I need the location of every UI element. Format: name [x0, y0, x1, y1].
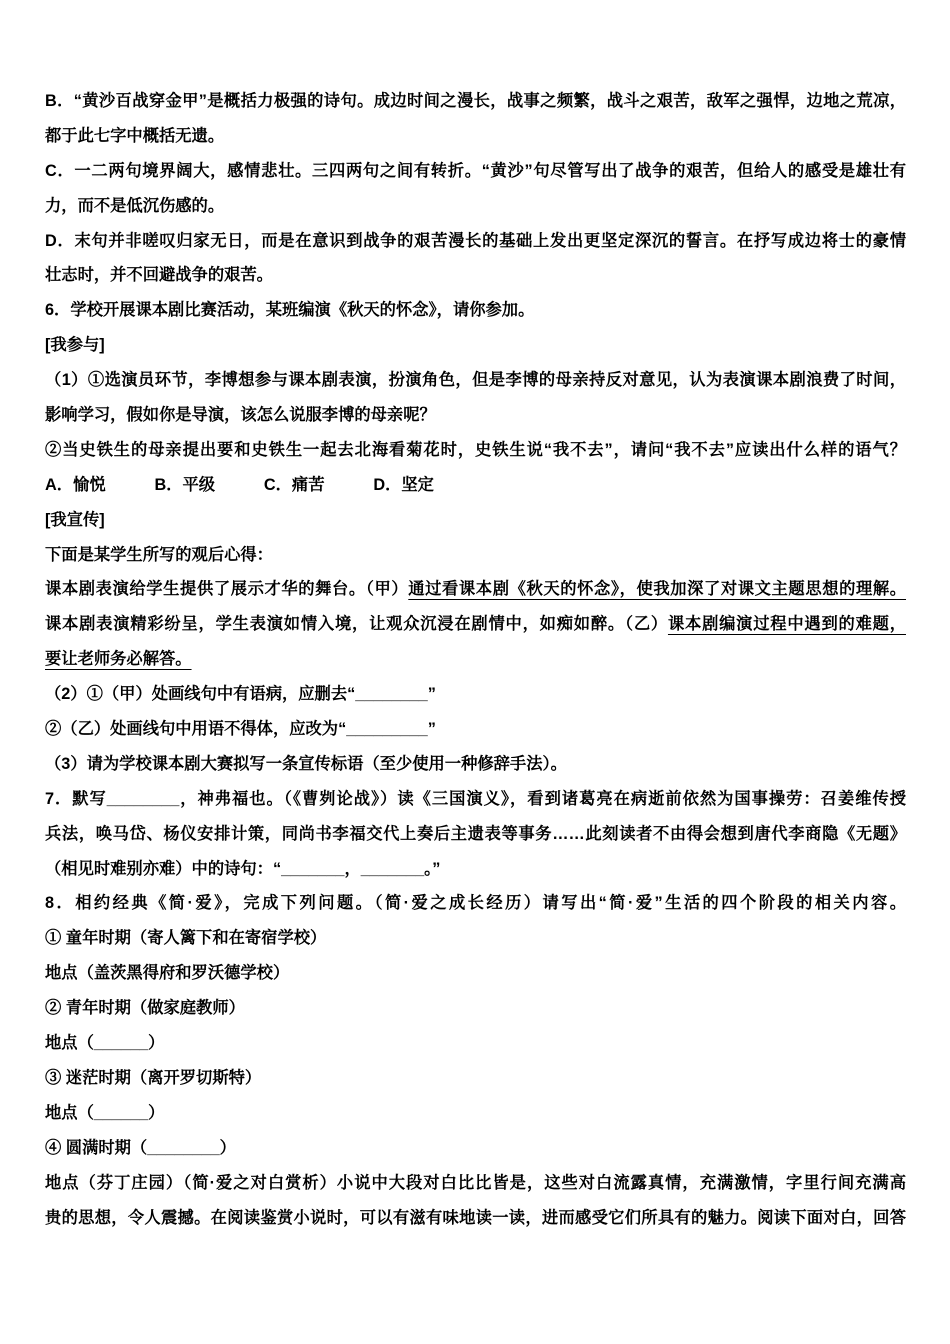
line-q6-1-part1: （1）①选演员环节，李博想参与课本剧表演，扮演角色，但是李博的母亲持反对意见，认… [45, 363, 906, 398]
text-segment: 力，而不是低沉伤感的。 [45, 197, 224, 215]
line-option-c-part2: 力，而不是低沉伤感的。 [45, 189, 906, 224]
underlined-text-segment: 课本剧编演过程中遇到的难题， [668, 615, 906, 633]
text-segment: 都于此七字中概括无遗。 [45, 127, 224, 145]
text-segment: （2）①（甲）处画线句中有语病，应删去“________” [45, 685, 436, 703]
text-segment: ②（乙）处画线句中用语不得体，应改为“_________” [45, 720, 436, 738]
line-option-b-part1: B．“黄沙百战穿金甲”是概括力极强的诗句。成边时间之漫长，战事之频繁，战斗之艰苦… [45, 84, 906, 119]
line-section-label-publicize: [我宣传] [45, 503, 906, 538]
line-review-text-part3: 要让老师务必解答。 [45, 642, 906, 677]
text-segment: 壮志时，并不回避战争的艰苦。 [45, 266, 273, 284]
text-segment: ① 童年时期（寄人篱下和在寄宿学校） [45, 929, 326, 947]
line-q8-stage2: ② 青年时期（做家庭教师） [45, 991, 906, 1026]
text-segment: 7．默写________，神弗福也。（《曹刿论战》）读《三国演义》，看到诸葛亮在… [45, 790, 906, 808]
line-q8-stage3-place: 地点（______） [45, 1096, 906, 1131]
text-segment: 6．学校开展课本剧比赛活动，某班编演《秋天的怀念》，请你参加。 [45, 301, 534, 319]
line-section-label-participate: [我参与] [45, 328, 906, 363]
line-question-6: 6．学校开展课本剧比赛活动，某班编演《秋天的怀念》，请你参加。 [45, 293, 906, 328]
line-q8-intro-cont: 贵的思想，令人震撼。在阅读鉴赏小说时，可以有滋有味地读一读，进而感受它们所具有的… [45, 1201, 906, 1236]
text-segment: 课本剧表演精彩纷呈，学生表演如情入境，让观众沉浸在剧情中，如痴如醉。（乙） [45, 615, 668, 633]
line-q8-stage1: ① 童年时期（寄人篱下和在寄宿学校） [45, 921, 906, 956]
line-question-8: 8．相约经典《简·爱》，完成下列问题。（简·爱之成长经历）请写出“简·爱”生活的… [45, 886, 906, 921]
underlined-text-segment: 通过看课本剧《秋天的怀念》，使我加深了对课文主题思想的理解。 [408, 580, 906, 598]
text-segment: 地点（芬丁庄园）（简·爱之对白赏析）小说中大段对白比比皆是，这些对白流露真情，充… [45, 1174, 906, 1192]
text-segment: 下面是某学生所写的观后心得： [45, 546, 273, 564]
line-q8-stage4-place-and-intro: 地点（芬丁庄园）（简·爱之对白赏析）小说中大段对白比比皆是，这些对白流露真情，充… [45, 1166, 906, 1201]
line-q8-stage4: ④ 圆满时期（________） [45, 1131, 906, 1166]
line-q6-1-sub2-options: A．愉悦 B．平级 C．痛苦 D．坚定 [45, 468, 906, 503]
line-q8-stage3: ③ 迷茫时期（离开罗切斯特） [45, 1061, 906, 1096]
line-review-text-part2: 课本剧表演精彩纷呈，学生表演如情入境，让观众沉浸在剧情中，如痴如醉。（乙）课本剧… [45, 607, 906, 642]
line-q6-1-part2: 影响学习，假如你是导演，该怎么说服李博的母亲呢？ [45, 398, 906, 433]
text-segment: B．“黄沙百战穿金甲”是概括力极强的诗句。成边时间之漫长，战事之频繁，战斗之艰苦… [45, 92, 906, 110]
line-q6-1-sub2: ②当史铁生的母亲提出要和史铁生一起去北海看菊花时，史铁生说“我不去”，请问“我不… [45, 433, 906, 468]
text-segment: A．愉悦 B．平级 C．痛苦 D．坚定 [45, 476, 434, 494]
line-q6-2-sub1: （2）①（甲）处画线句中有语病，应删去“________” [45, 677, 906, 712]
underlined-text-segment: 要让老师务必解答。 [45, 650, 192, 668]
line-option-c-part1: C．一二两句境界阔大，感情悲壮。三四两句之间有转折。“黄沙”句尽管写出了战争的艰… [45, 154, 906, 189]
line-question-7-part3: （相见时难别亦难）中的诗句：“_______，_______。” [45, 852, 906, 887]
line-review-text-part1: 课本剧表演给学生提供了展示才华的舞台。（甲）通过看课本剧《秋天的怀念》，使我加深… [45, 572, 906, 607]
text-segment: ③ 迷茫时期（离开罗切斯特） [45, 1069, 261, 1087]
text-segment: 课本剧表演给学生提供了展示才华的舞台。（甲） [45, 580, 408, 598]
text-segment: ②当史铁生的母亲提出要和史铁生一起去北海看菊花时，史铁生说“我不去”，请问“我不… [45, 441, 906, 459]
text-segment: （3）请为学校课本剧大赛拟写一条宣传标语（至少使用一种修辞手法）。 [45, 755, 567, 773]
text-segment: 地点（______） [45, 1104, 164, 1122]
line-option-d-part2: 壮志时，并不回避战争的艰苦。 [45, 258, 906, 293]
text-segment: （相见时难别亦难）中的诗句：“_______，_______。” [45, 860, 440, 878]
text-segment: ② 青年时期（做家庭教师） [45, 999, 245, 1017]
text-segment: （1）①选演员环节，李博想参与课本剧表演，扮演角色，但是李博的母亲持反对意见，认… [45, 371, 906, 389]
text-segment: [我宣传] [45, 511, 105, 529]
line-question-7-part1: 7．默写________，神弗福也。（《曹刿论战》）读《三国演义》，看到诸葛亮在… [45, 782, 906, 817]
text-segment: 地点（______） [45, 1034, 164, 1052]
document-page: B．“黄沙百战穿金甲”是概括力极强的诗句。成边时间之漫长，战事之频繁，战斗之艰苦… [0, 0, 950, 1235]
text-segment: [我参与] [45, 336, 105, 354]
line-option-b-part2: 都于此七字中概括无遗。 [45, 119, 906, 154]
line-q8-stage2-place: 地点（______） [45, 1026, 906, 1061]
line-q8-stage1-place: 地点（盖茨黑得府和罗沃德学校） [45, 956, 906, 991]
text-segment: ④ 圆满时期（________） [45, 1139, 236, 1157]
text-segment: 地点（盖茨黑得府和罗沃德学校） [45, 964, 289, 982]
text-segment: 影响学习，假如你是导演，该怎么说服李博的母亲呢？ [45, 406, 436, 424]
line-q6-3: （3）请为学校课本剧大赛拟写一条宣传标语（至少使用一种修辞手法）。 [45, 747, 906, 782]
text-segment: 兵法，唤马岱、杨仪安排计策，同尚书李福交代上奏后主遗表等事务……此刻读者不由得会… [45, 825, 906, 843]
line-option-d-part1: D．末句并非嗟叹归家无日，而是在意识到战争的艰苦漫长的基础上发出更坚定深沉的誓言… [45, 224, 906, 259]
line-question-7-part2: 兵法，唤马岱、杨仪安排计策，同尚书李福交代上奏后主遗表等事务……此刻读者不由得会… [45, 817, 906, 852]
text-segment: C．一二两句境界阔大，感情悲壮。三四两句之间有转折。“黄沙”句尽管写出了战争的艰… [45, 162, 906, 180]
text-segment: 贵的思想，令人震撼。在阅读鉴赏小说时，可以有滋有味地读一读，进而感受它们所具有的… [45, 1209, 906, 1227]
line-review-intro: 下面是某学生所写的观后心得： [45, 538, 906, 573]
line-q6-2-sub2: ②（乙）处画线句中用语不得体，应改为“_________” [45, 712, 906, 747]
text-segment: 8．相约经典《简·爱》，完成下列问题。（简·爱之成长经历）请写出“简·爱”生活的… [45, 894, 906, 912]
text-segment: D．末句并非嗟叹归家无日，而是在意识到战争的艰苦漫长的基础上发出更坚定深沉的誓言… [45, 232, 906, 250]
